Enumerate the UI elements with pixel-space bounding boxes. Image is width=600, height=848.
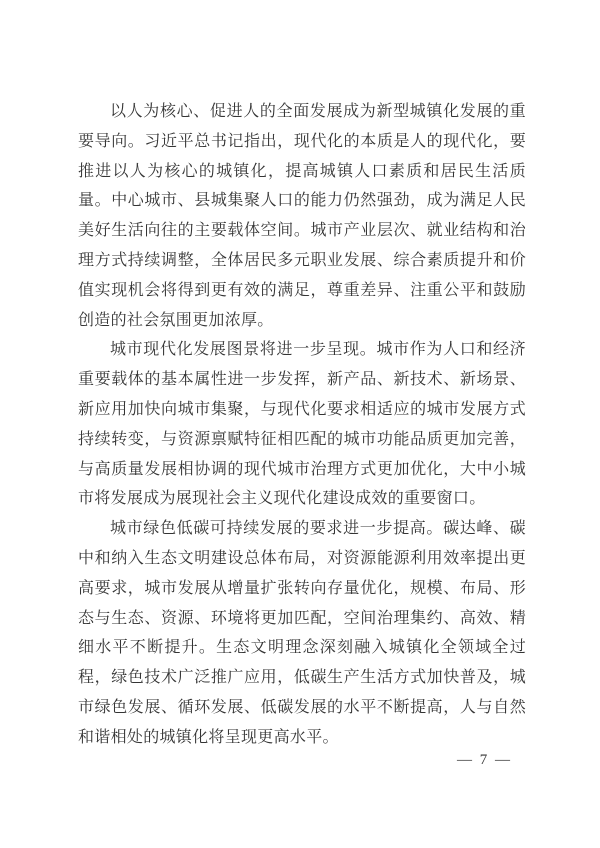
paragraph: 城市现代化发展图景将进一步呈现。城市作为人口和经济重要载体的基本属性进一步发挥，… bbox=[78, 335, 526, 514]
document-page: 以人为核心、促进人的全面发展成为新型城镇化发展的重要导向。习近平总书记指出，现代… bbox=[0, 0, 600, 848]
paragraph: 城市绿色低碳可持续发展的要求进一步提高。碳达峰、碳中和纳入生态文明建设总体布局，… bbox=[78, 514, 526, 752]
paragraph: 以人为核心、促进人的全面发展成为新型城镇化发展的重要导向。习近平总书记指出，现代… bbox=[78, 97, 526, 335]
body-text: 以人为核心、促进人的全面发展成为新型城镇化发展的重要导向。习近平总书记指出，现代… bbox=[78, 97, 526, 753]
page-number: — 7 — bbox=[457, 750, 512, 770]
